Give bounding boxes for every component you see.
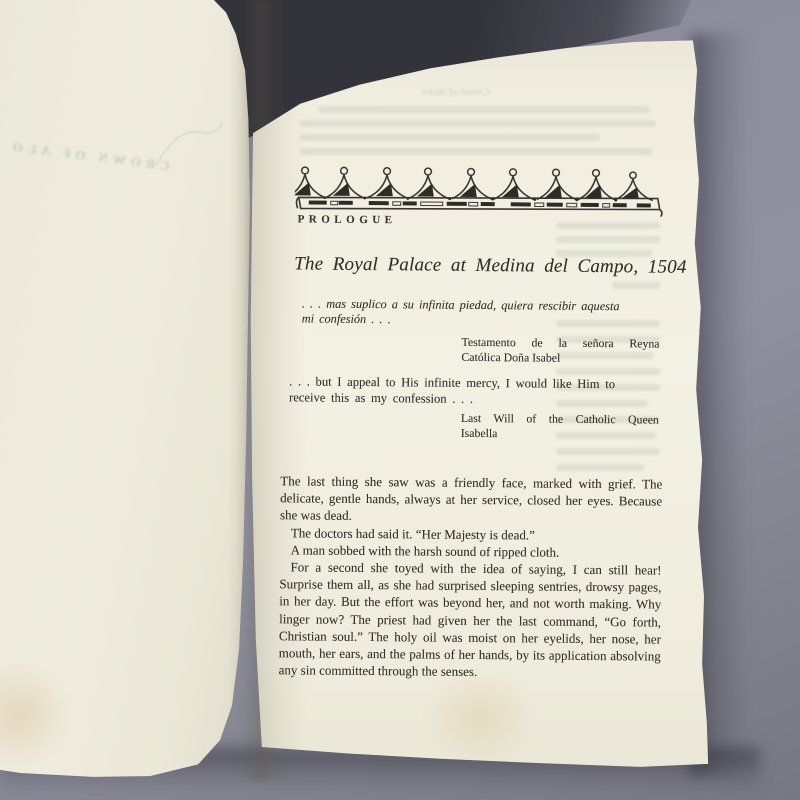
attribution-line: Last Will of the Catholic Queen: [461, 411, 659, 427]
show-through-ornament: [148, 118, 228, 178]
crown-ornament: [295, 164, 665, 217]
attribution-line: Testamento de la señora Reyna: [461, 335, 659, 351]
body-paragraph: For a second she toyed with the idea of …: [279, 558, 662, 682]
epigraph-spanish-attribution: Testamento de la señora Reyna Católica D…: [461, 335, 659, 366]
book-photo: CROWN OF ALO Crown of Aloes: [0, 0, 800, 800]
epigraph-english-attribution: Last Will of the Catholic Queen Isabella: [461, 411, 659, 442]
epigraph-spanish-line2: mi confesión . . .: [302, 311, 632, 329]
right-page: Crown of Aloes: [248, 36, 710, 772]
body-paragraph: The last thing she saw was a friendly fa…: [280, 472, 662, 527]
printed-page-content: PROLOGUE The Royal Palace at Medina del …: [245, 34, 713, 774]
epigraph-english-line2: receive this as my confession . . .: [289, 390, 649, 409]
attribution-line: Católica Doña Isabel: [461, 349, 659, 365]
epigraph-spanish: . . . mas suplico a su infinita piedad, …: [302, 296, 632, 329]
chapter-title: The Royal Palace at Medina del Campo, 15…: [294, 253, 666, 278]
page-stain: [0, 660, 74, 770]
epigraph-english: . . . but I appeal to His infinite mercy…: [289, 374, 649, 408]
left-page: CROWN OF ALO: [0, 0, 254, 780]
body-text: The last thing she saw was a friendly fa…: [279, 472, 663, 682]
section-label: PROLOGUE: [298, 213, 397, 226]
attribution-line: Isabella: [461, 425, 659, 441]
show-through-cover-title: CROWN OF ALO: [2, 138, 171, 174]
page-stain: [420, 668, 540, 768]
